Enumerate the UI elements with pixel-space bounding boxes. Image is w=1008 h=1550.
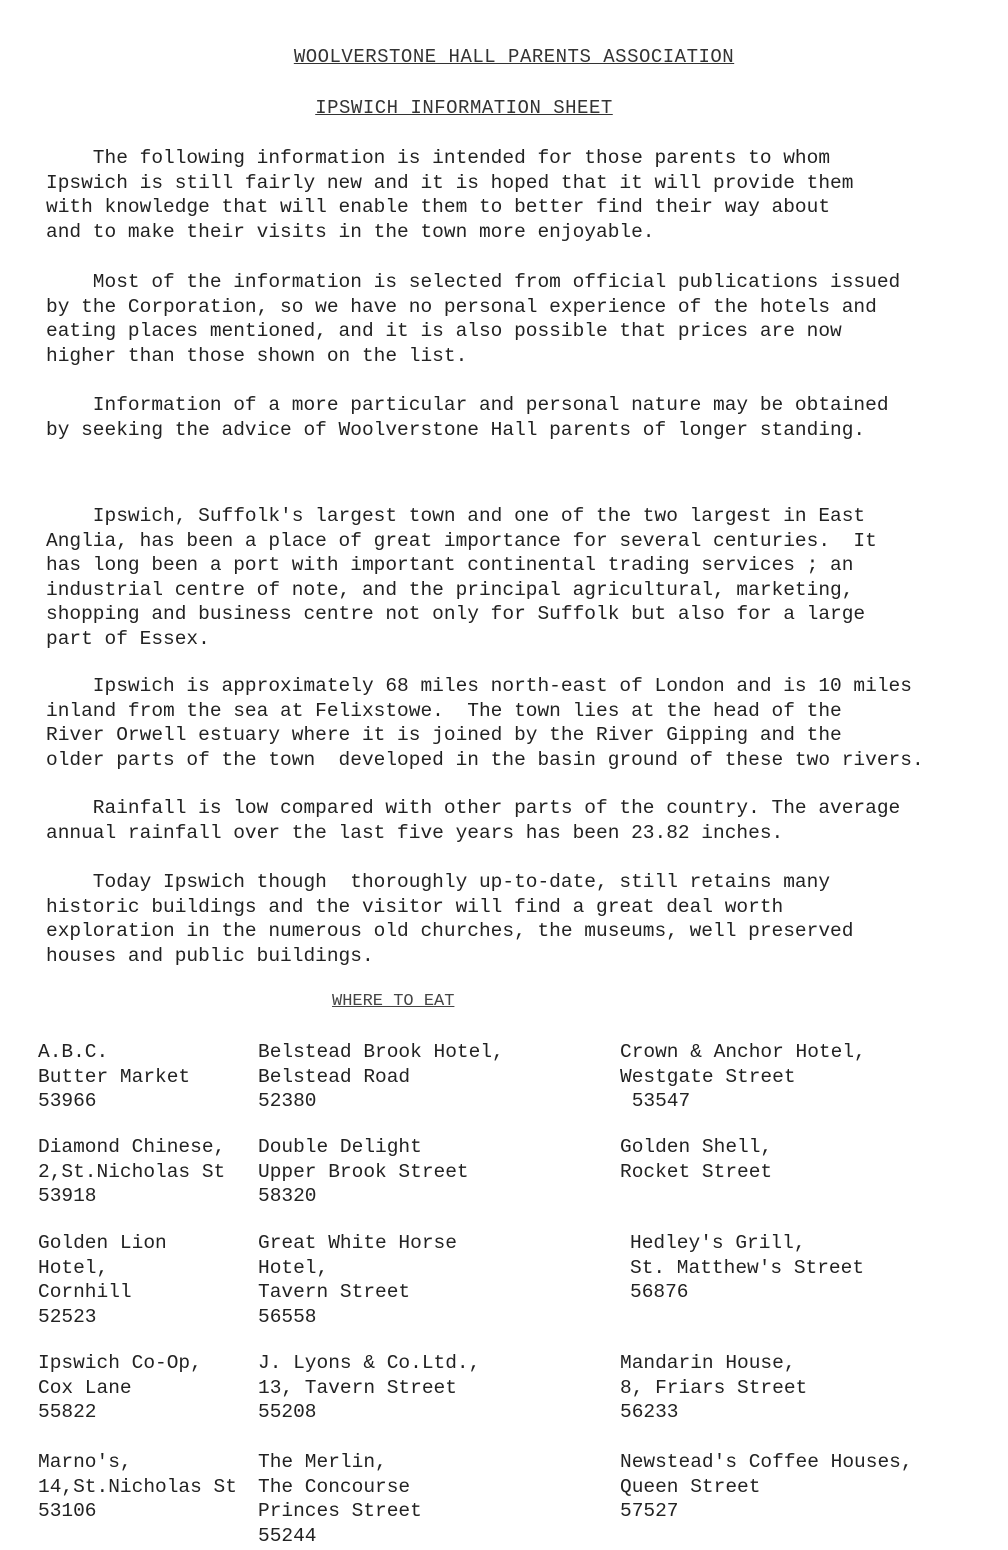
about-paragraph-location: Ipswich is approximately 68 miles north-… (46, 674, 976, 772)
intro-paragraph-advice: Information of a more particular and per… (46, 393, 976, 442)
restaurant-name: The Merlin, (258, 1450, 422, 1475)
restaurant-address: Cox Lane (38, 1376, 202, 1401)
restaurant-address: Rocket Street (620, 1160, 772, 1185)
restaurant-address: The Concourse (258, 1475, 422, 1500)
restaurant-address: Hotel, (258, 1256, 457, 1281)
restaurant-name: Double Delight (258, 1135, 469, 1160)
restaurant-phone: 53106 (38, 1499, 237, 1524)
restaurant-name: Crown & Anchor Hotel, (620, 1040, 866, 1065)
intro-paragraph-sources: Most of the information is selected from… (46, 270, 976, 368)
restaurant-address: St. Matthew's Street (630, 1256, 864, 1281)
restaurant-phone: 55208 (258, 1400, 480, 1425)
restaurant-name: Belstead Brook Hotel, (258, 1040, 504, 1065)
restaurant-phone: 55244 (258, 1524, 422, 1549)
restaurant-name: Hedley's Grill, (630, 1231, 864, 1256)
restaurant-name: Golden Lion (38, 1231, 167, 1256)
restaurant-entry: Double DelightUpper Brook Street58320 (258, 1135, 469, 1209)
where-to-eat-heading: WHERE TO EAT (332, 992, 454, 1011)
restaurant-name: Newstead's Coffee Houses, (620, 1450, 913, 1475)
restaurant-address: Tavern Street (258, 1280, 457, 1305)
restaurant-address: Queen Street (620, 1475, 913, 1500)
restaurant-entry: J. Lyons & Co.Ltd.,13, Tavern Street5520… (258, 1351, 480, 1425)
restaurant-phone: 53966 (38, 1089, 190, 1114)
restaurant-name: Marno's, (38, 1450, 237, 1475)
restaurant-entry: A.B.C.Butter Market53966 (38, 1040, 190, 1114)
restaurant-address: Westgate Street (620, 1065, 866, 1090)
restaurant-phone: 56876 (630, 1280, 864, 1305)
restaurant-name: Great White Horse (258, 1231, 457, 1256)
restaurant-phone: 58320 (258, 1184, 469, 1209)
restaurant-address: Hotel, (38, 1256, 167, 1281)
restaurant-address: Butter Market (38, 1065, 190, 1090)
restaurant-entry: Golden Shell,Rocket Street (620, 1135, 772, 1184)
restaurant-phone: 52523 (38, 1305, 167, 1330)
restaurant-entry: Hedley's Grill,St. Matthew's Street56876 (630, 1231, 864, 1305)
restaurant-entry: Belstead Brook Hotel,Belstead Road52380 (258, 1040, 504, 1114)
document-title: WOOLVERSTONE HALL PARENTS ASSOCIATION (10, 46, 1008, 68)
restaurant-name: A.B.C. (38, 1040, 190, 1065)
restaurant-entry: Great White HorseHotel,Tavern Street5655… (258, 1231, 457, 1329)
restaurant-entry: The Merlin,The ConcoursePrinces Street55… (258, 1450, 422, 1548)
restaurant-phone: 57527 (620, 1499, 913, 1524)
restaurant-name: Golden Shell, (620, 1135, 772, 1160)
restaurant-entry: Marno's,14,St.Nicholas St53106 (38, 1450, 237, 1524)
intro-paragraph-purpose: The following information is intended fo… (46, 146, 976, 244)
restaurant-name: Diamond Chinese, (38, 1135, 225, 1160)
restaurant-name: J. Lyons & Co.Ltd., (258, 1351, 480, 1376)
restaurant-phone: 56558 (258, 1305, 457, 1330)
restaurant-entry: Newstead's Coffee Houses,Queen Street575… (620, 1450, 913, 1524)
restaurant-phone: 53547 (620, 1089, 866, 1114)
restaurant-entry: Mandarin House,8, Friars Street56233 (620, 1351, 807, 1425)
restaurant-address: Upper Brook Street (258, 1160, 469, 1185)
restaurant-name: Mandarin House, (620, 1351, 807, 1376)
restaurant-entry: Diamond Chinese,2,St.Nicholas St53918 (38, 1135, 225, 1209)
restaurant-phone: 52380 (258, 1089, 504, 1114)
restaurant-address: Cornhill (38, 1280, 167, 1305)
restaurant-phone: 53918 (38, 1184, 225, 1209)
about-paragraph-history: Ipswich, Suffolk's largest town and one … (46, 504, 976, 652)
restaurant-entry: Ipswich Co-Op,Cox Lane55822 (38, 1351, 202, 1425)
restaurant-entry: Golden LionHotel,Cornhill52523 (38, 1231, 167, 1329)
restaurant-entry: Crown & Anchor Hotel,Westgate Street 535… (620, 1040, 866, 1114)
restaurant-address: 2,St.Nicholas St (38, 1160, 225, 1185)
about-paragraph-rainfall: Rainfall is low compared with other part… (46, 796, 976, 845)
restaurant-address: Belstead Road (258, 1065, 504, 1090)
restaurant-address: Princes Street (258, 1499, 422, 1524)
restaurant-name: Ipswich Co-Op, (38, 1351, 202, 1376)
about-paragraph-heritage: Today Ipswich though thoroughly up-to-da… (46, 870, 976, 968)
document-subtitle: IPSWICH INFORMATION SHEET (0, 97, 968, 119)
restaurant-address: 13, Tavern Street (258, 1376, 480, 1401)
restaurant-address: 8, Friars Street (620, 1376, 807, 1401)
restaurant-address: 14,St.Nicholas St (38, 1475, 237, 1500)
restaurant-phone: 56233 (620, 1400, 807, 1425)
restaurant-phone: 55822 (38, 1400, 202, 1425)
document-page: WOOLVERSTONE HALL PARENTS ASSOCIATION IP… (0, 0, 1008, 1550)
